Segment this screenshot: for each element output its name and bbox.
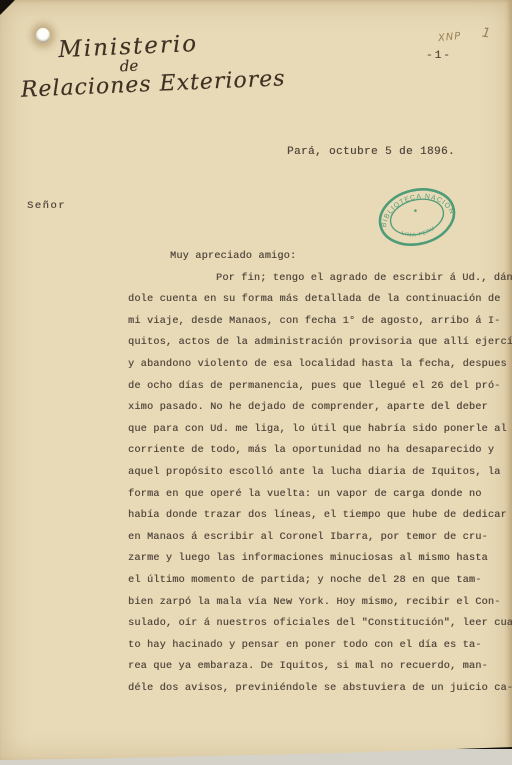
body-line: en Manaos á escribir al Coronel Ibarra, … (128, 527, 512, 549)
svg-text:BIBLIOTECA NACIONAL: BIBLIOTECA NACIONAL (370, 177, 456, 234)
dateline: Pará, octubre 5 de 1896. (287, 146, 455, 158)
body-line: ximo pasado. No he dejado de comprender,… (128, 397, 512, 419)
letterhead: Ministerio de Relaciones Exteriores (19, 29, 240, 102)
salutation: Señor (27, 200, 66, 212)
body-line: y abandono violento de esa localidad has… (128, 354, 512, 376)
body-line: quitos, actos de la administración provi… (128, 332, 512, 354)
body-line: aquel propósito escolló ante la lucha di… (128, 462, 512, 484)
body-line: el último momento de partida; y noche de… (128, 570, 512, 592)
pencil-annotation-code: XNP (437, 31, 461, 44)
greeting: Muy apreciado amigo: (128, 246, 512, 268)
body-line: zarme y luego las informaciones minucios… (128, 548, 512, 570)
letter-body: Muy apreciado amigo: Por fin; tengo el a… (128, 246, 512, 699)
body-line: había donde trazar dos líneas, el tiempo… (128, 505, 512, 527)
body-line: sulado, oír á nuestros oficiales del "Co… (128, 613, 512, 635)
body-line: déle dos avisos, previniéndole se abstuv… (128, 678, 512, 700)
document-page: Ministerio de Relaciones Exteriores XNP … (0, 0, 512, 762)
stamp-center-dot (414, 209, 417, 212)
body-line: corriente de todo, más la oportunidad no… (128, 440, 512, 462)
stamp-top-text: BIBLIOTECA NACIONAL (370, 177, 456, 234)
body-line: to hay hacinado y pensar en poner todo c… (128, 635, 512, 657)
page-number: -1- (426, 50, 452, 62)
body-line: de ocho días de permanencia, pues que ll… (128, 376, 512, 398)
body-line: dole cuenta en su forma más detallada de… (128, 289, 512, 311)
body-line: mi viaje, desde Manaos, con fecha 1° de … (128, 311, 512, 333)
body-line: rea que ya embaraza. De Iquitos, si mal … (128, 656, 512, 678)
library-stamp-icon: BIBLIOTECA NACIONAL LIMA-PERU (370, 177, 465, 257)
body-line: que para con Ud. me liga, lo útil que ha… (128, 419, 512, 441)
body-line: bien zarpó la mala vía New York. Hoy mis… (128, 592, 512, 614)
body-line: Por fin; tengo el agrado de escribir á U… (128, 268, 512, 290)
scan-background: Ministerio de Relaciones Exteriores XNP … (0, 0, 512, 765)
body-line: forma en que operé la vuelta: un vapor d… (128, 484, 512, 506)
pencil-annotation-number: 1 (481, 25, 491, 41)
